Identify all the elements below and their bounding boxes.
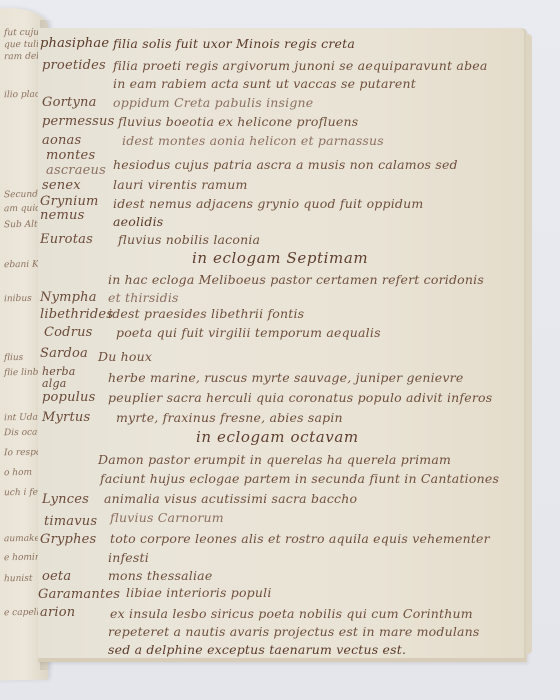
glossary-term: Sardoa [40,346,88,361]
glossary-gloss: filia proeti regis argivorum junoni se a… [113,58,488,73]
section-heading: in eclogam Septimam [192,249,368,267]
left-fragment: hunist [4,574,33,584]
glossary-gloss: oppidum Creta pabulis insigne [113,95,313,110]
glossary-gloss: Du houx [98,349,152,364]
glossary-term: senex [42,178,81,193]
glossary-term: Gortyna [42,95,97,110]
glossary-gloss: herbe marine, ruscus myrte sauvage, juni… [108,370,463,385]
glossary-term: herba alga [42,366,92,390]
glossary-gloss: peuplier sacra herculi quia coronatus po… [108,390,492,405]
manuscript-photo: fut cujum que tulit ram deberta ilio pla… [0,0,560,700]
glossary-term: timavus [44,514,97,529]
glossary-gloss: idest nemus adjacens grynio quod fuit op… [113,196,423,211]
glossary-gloss: aeolidis [113,214,163,229]
left-fragment: aumake [4,534,40,545]
glossary-term: oeta [42,569,71,584]
glossary-term: phasiphae [40,36,109,51]
glossary-gloss: fluvius boeotia ex helicone profluens [118,114,358,129]
glossary-term: aonas [42,133,81,148]
glossary-term: proetides [42,58,106,73]
left-fragment: flius [4,353,23,363]
glossary-term: Lynces [42,492,89,507]
glossary-term: Eurotas [40,232,93,247]
glossary-term: populus [42,390,95,405]
glossary-gloss: hesiodus cujus patria ascra a musis non … [113,157,458,172]
glossary-gloss: et thirsidis [108,290,179,305]
glossary-gloss: in eam rabiem acta sunt ut vaccas se put… [113,76,416,91]
glossary-gloss: filia solis fuit uxor Minois regis creta [113,36,355,51]
glossary-gloss: ex insula lesbo siricus poeta nobilis qu… [110,606,473,621]
glossary-gloss: sed a delphine exceptus taenarum vectus … [108,642,406,657]
glossary-gloss: myrte, fraxinus fresne, abies sapin [116,410,343,425]
glossary-term: arion [40,605,75,620]
glossary-term: Grynium nemus [40,195,106,223]
left-fragment: o hom [4,468,32,478]
glossary-gloss: toto corpore leones alis et rostro aquil… [110,531,490,546]
left-fragment: uch i fe [4,488,38,499]
glossary-gloss: mons thessaliae [108,568,212,583]
glossary-term: libethrides [40,307,113,322]
section-heading: in eclogam octavam [196,428,359,446]
left-fragment: inibus [4,294,32,304]
glossary-term: ascraeus [46,163,106,178]
glossary-gloss: idest montes aonia helicon et parnassus [122,133,384,148]
glossary-term: montes [46,148,95,163]
glossary-gloss: Damon pastor erumpit in querelas ha quer… [98,452,451,467]
glossary-gloss: repeteret a nautis avaris projectus est … [108,624,480,639]
glossary-term: Gryphes [40,532,96,547]
glossary-term: Nympha [40,290,97,305]
glossary-gloss: lauri virentis ramum [113,177,248,192]
left-fragment: que tulit [4,40,43,51]
glossary-term: Garamantes [38,587,120,602]
glossary-gloss: infesti [108,550,149,565]
glossary-term: Myrtus [42,410,90,425]
glossary-gloss: poeta qui fuit virgilii temporum aequali… [116,325,381,340]
glossary-gloss: faciunt hujus eclogae partem in secunda … [100,471,499,486]
glossary-gloss: libiae interioris populi [126,585,272,600]
glossary-term: Codrus [44,325,93,340]
glossary-term: permessus [42,114,114,129]
glossary-gloss: in hac ecloga Meliboeus pastor certamen … [108,272,484,287]
glossary-gloss: idest praesides libethrii fontis [108,306,304,321]
glossary-gloss: fluvius Carnorum [110,510,224,525]
glossary-gloss: fluvius nobilis laconia [118,232,260,247]
glossary-gloss: animalia visus acutissimi sacra baccho [104,491,357,506]
